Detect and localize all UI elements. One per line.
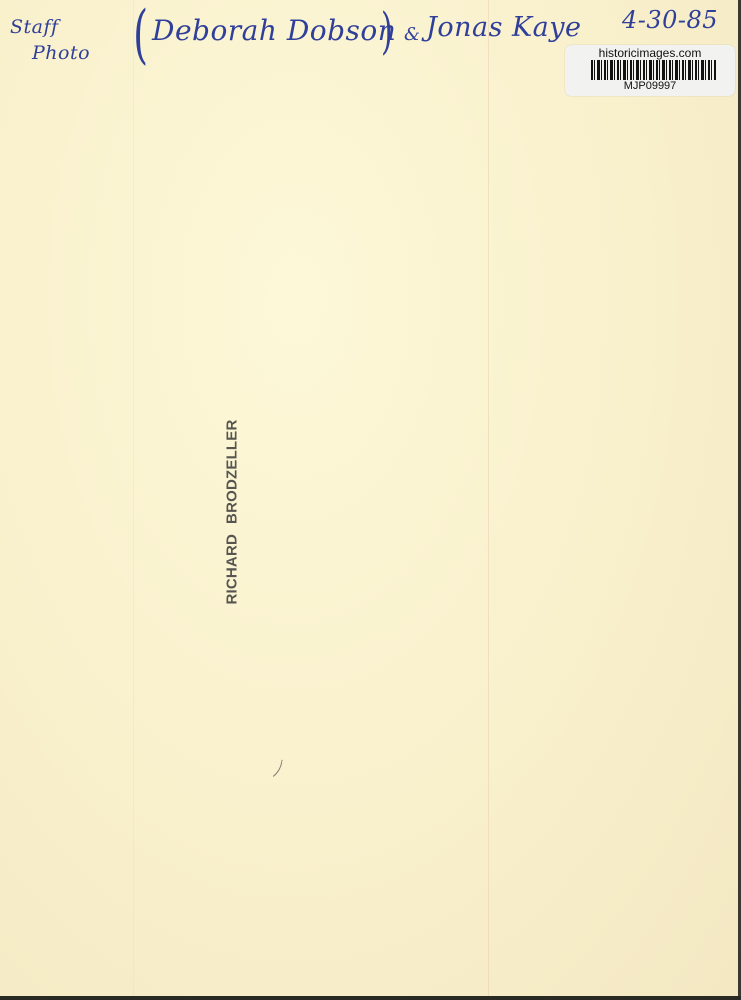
handwriting-paren-close: ) bbox=[381, 2, 393, 60]
handwriting-name-2: Jonas Kaye bbox=[426, 12, 582, 43]
photographer-stamp: RICHARDBRODZELLER bbox=[224, 419, 241, 604]
label-site-text: historicimages.com bbox=[565, 46, 735, 60]
paper-crease bbox=[488, 0, 489, 996]
pencil-mark bbox=[256, 757, 282, 785]
handwriting-paren-open: ( bbox=[133, 0, 148, 72]
handwriting-ampersand: & bbox=[404, 24, 421, 45]
label-code-text: MJP09997 bbox=[565, 80, 735, 92]
handwriting-staff: Staff bbox=[10, 16, 59, 38]
stamp-last-name: BRODZELLER bbox=[224, 419, 241, 524]
paper-crease bbox=[133, 0, 134, 996]
barcode-label: historicimages.com MJP09997 bbox=[565, 45, 735, 96]
handwriting-photo: Photo bbox=[32, 42, 90, 64]
barcode-icon bbox=[591, 60, 716, 80]
photo-back-paper: Staff Photo ( Deborah Dobson ) & Jonas K… bbox=[0, 0, 738, 996]
stamp-first-name: RICHARD bbox=[224, 534, 241, 605]
handwriting-date: 4-30-85 bbox=[622, 6, 718, 34]
scan-edge-bottom bbox=[0, 996, 741, 1000]
handwriting-name-1: Deborah Dobson bbox=[152, 14, 396, 47]
